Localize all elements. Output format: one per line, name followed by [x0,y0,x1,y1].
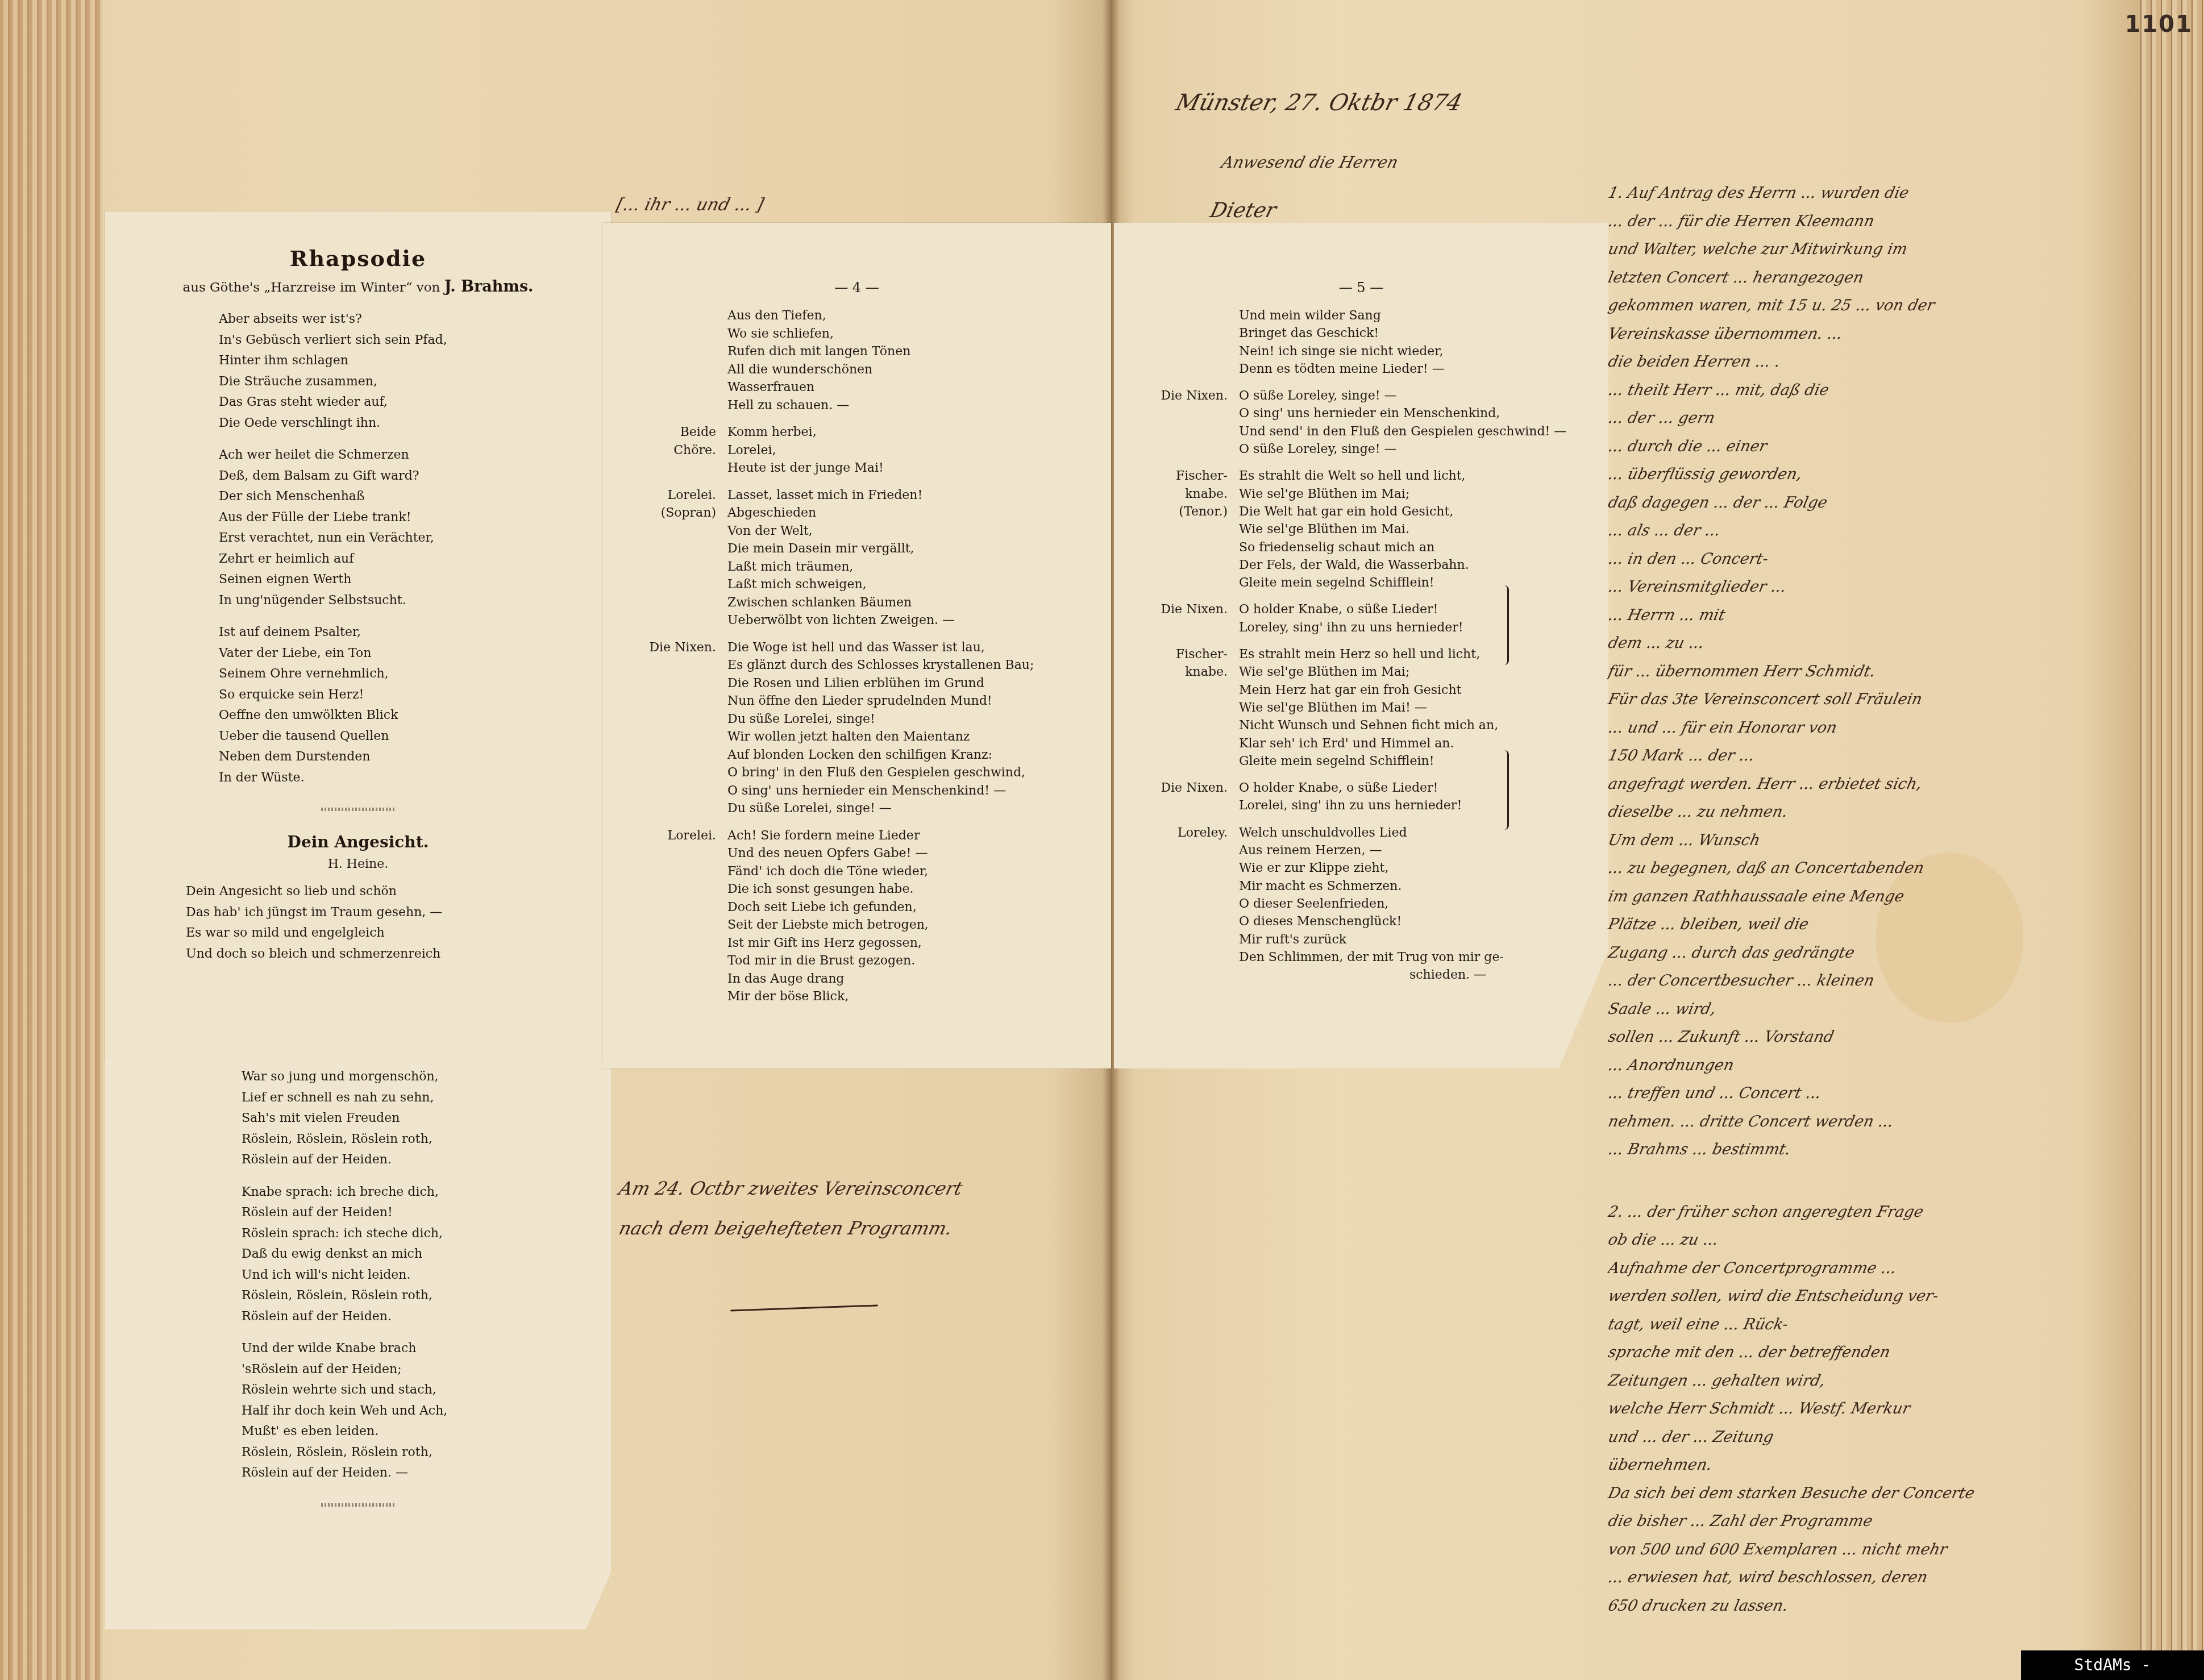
minutes-line: für ... übernommen Herr Schmidt. [1606,658,2140,686]
libretto-line: Zwischen schlanken Bäumen [727,594,955,612]
libretto-line: Gleite mein segelnd Schifflein! [1239,574,1469,592]
libretto-line: Mein Herz hat gar ein froh Gesicht [1239,681,1498,699]
libretto-block: Fischer- knabe. (Tenor.)Es strahlt die W… [1114,467,1608,592]
libretto-line: Von der Welt, [727,522,955,540]
minutes-line: ... als ... der ... [1606,517,2140,545]
minutes-line: Plätze ... bleiben, weil die [1606,910,2140,939]
libretto-line: Es strahlt mein Herz so hell und licht, [1239,646,1498,663]
verse-line: Die Sträuche zusammen, [219,372,611,393]
verse-line: Aus der Fülle der Liebe trank! [219,508,611,529]
verse-line: Röslein wehrte sich und stach, [242,1380,611,1401]
libretto-line: Lorelei, [727,442,884,460]
libretto-line: Die mein Dasein mir vergällt, [727,540,955,558]
libretto-block: Beide Chöre.Komm herbei,Lorelei,Heute is… [602,423,1111,477]
libretto-line: Abgeschieden [727,504,955,522]
verse-line: Hinter ihm schlagen [219,351,611,372]
minutes-line: ... Anordnungen [1606,1051,2140,1080]
libretto-line: Bringet das Geschick! [1239,325,1445,342]
verse-line: Mußt' es eben leiden. [242,1421,611,1442]
verse-line: Das Gras steht wieder auf, [219,392,611,413]
libretto-line: Komm herbei, [727,423,884,442]
minutes-line: Für das 3te Vereinsconcert soll Fräulein [1606,685,2140,714]
handwritten-fragment: [... ihr ... und ... ] [612,188,767,223]
verse-line: Und ich will's nicht leiden. [242,1265,611,1286]
libretto-block: Die Nixen.O holder Knabe, o süße Lieder!… [1114,601,1608,637]
minutes-line: sollen ... Zukunft ... Vorstand [1606,1023,2140,1051]
minutes-line: 650 drucken zu lassen. [1606,1592,2140,1620]
speaker-label: Die Nixen. [602,639,727,818]
libretto-line: Der Fels, der Wald, die Wasserbahn. [1239,556,1469,574]
libretto-line: Mir ruft's zurück [1239,931,1504,949]
libretto-line: Denn es tödten meine Lieder! — [1239,360,1445,378]
speaker-label [1114,307,1239,378]
libretto-line: O dieses Menschenglück! [1239,913,1504,930]
verse-line: Oeffne den umwölkten Blick [219,705,611,726]
verse-line: Röslein auf der Heiden. [242,1150,611,1171]
minutes-line: Zeitungen ... gehalten wird, [1606,1367,2140,1395]
minutes-line: ... Vereinsmitglieder ... [1606,573,2140,601]
libretto-line: Klar seh' ich Erd' und Himmel an. [1239,735,1498,752]
program-page-5: — 5 — Und mein wilder SangBringet das Ge… [1114,223,1608,1068]
heine-verses: Dein Angesicht so lieb und schönDas hab'… [186,881,611,964]
meeting-date: Münster, 27. Oktbr 1874 [1172,85,1466,120]
libretto-line: Hell zu schauen. — [727,397,910,415]
verse-line: Dein Angesicht so lieb und schön [186,881,611,903]
libretto-line: All die wunderschönen [727,361,910,379]
rhapsodie-title: Rhapsodie [105,246,611,271]
libretto-line: Wie sel'ge Blüthen im Mai; [1239,663,1498,681]
final-line: schieden. — [1409,966,1608,984]
verse-line: Das hab' ich jüngst im Traum gesehn, — [186,903,611,924]
minutes-line: gekommen waren, mit 15 u. 25 ... von der [1606,292,2140,320]
libretto-line: Wie er zur Klippe zieht, [1239,859,1504,877]
minutes-line: dem ... zu ... [1606,629,2140,658]
speaker-label: Fischer- knabe. (Tenor.) [1114,467,1239,592]
subtitle-prefix: aus Göthe's „Harzreise im Winter“ von [182,280,440,295]
libretto-line: Die ich sonst gesungen habe. [727,880,929,899]
page-number: — 5 — [1114,280,1608,296]
verse-line: Röslein auf der Heiden. — [242,1463,611,1484]
shelfmark: 1101 [2125,11,2193,38]
verse-line: Erst verachtet, nun ein Verächter, [219,528,611,549]
verse-line: Lief er schnell es nah zu sehn, [242,1088,611,1109]
verse-line: Zehrt er heimlich auf [219,549,611,570]
minutes-line: sprache mit den ... der betreffenden [1606,1338,2140,1367]
verse-line: Röslein, Röslein, Röslein roth, [242,1442,611,1463]
minutes-line: die beiden Herren ... . [1606,348,2140,376]
left-page-edges [0,0,102,1680]
ornament-divider [321,808,395,811]
page5-libretto: Und mein wilder SangBringet das Geschick… [1114,307,1608,966]
verse-line: 'sRöslein auf der Heiden; [242,1359,611,1380]
speaker-label: Die Nixen. [1114,601,1239,637]
libretto-line: O holder Knabe, o süße Lieder! [1239,779,1462,797]
verse-line: So erquicke sein Herz! [219,685,611,706]
verse-line: Half ihr doch kein Weh und Ach, [242,1401,611,1422]
libretto-lines: Und mein wilder SangBringet das Geschick… [1239,307,1445,378]
verse-line: Ach wer heilet die Schmerzen [219,445,611,466]
minutes-line: von 500 und 600 Exemplaren ... nicht meh… [1606,1536,2140,1564]
libretto-lines: O süße Loreley, singe! —O sing' uns hern… [1239,387,1566,458]
minutes-line: dieselbe ... zu nehmen. [1606,798,2140,826]
libretto-line: Wie sel'ge Blüthen im Mai! — [1239,699,1498,717]
verse-line: Ist auf deinem Psalter, [219,622,611,643]
libretto-line: Und send' in den Fluß den Gespielen gesc… [1239,423,1566,440]
libretto-line: Mir der böse Blick, [727,988,929,1006]
libretto-line: Auf blonden Locken den schilfigen Kranz: [727,746,1034,764]
composer-name: J. Brahms. [444,278,534,296]
concert-note-line-1: Am 24. Octbr zweites Vereinsconcert [615,1171,966,1206]
minutes-line: ... überflüssig geworden, [1606,460,2140,489]
minutes-line: ... erwiesen hat, wird beschlossen, dere… [1606,1563,2140,1592]
brace [1500,585,1509,665]
speaker-label: Lorelei. [602,827,727,1006]
verse-line: Vater der Liebe, ein Ton [219,643,611,664]
concert-note-line-2: nach dem beigehefteten Programm. [615,1211,956,1246]
verse-line: Aber abseits wer ist's? [219,309,611,330]
speaker-label [602,307,727,414]
libretto-line: Rufen dich mit langen Tönen [727,343,910,361]
minutes-line: ob die ... zu ... [1606,1226,2140,1254]
libretto-line: Loreley, sing' ihn zu uns hernieder! [1239,619,1463,637]
libretto-line: Heute ist der junge Mai! [727,459,884,477]
libretto-block: Loreley.Welch unschuldvolles LiedAus rei… [1114,824,1608,966]
libretto-line: Wie sel'ge Blüthen im Mai; [1239,485,1469,503]
heidenroeslein-sheet: War so jung und morgenschön,Lief er schn… [105,1061,611,1629]
verse-line: Sah's mit vielen Freuden [242,1108,611,1129]
minutes-line: werden sollen, wird die Entscheidung ver… [1606,1282,2140,1311]
libretto-block: Lorelei. (Sopran)Lasset, lasset mich in … [602,486,1111,630]
libretto-line: Ueberwölbt von lichten Zweigen. — [727,612,955,630]
attendee-name: Dieter [1206,193,1280,228]
libretto-line: Nicht Wunsch und Sehnen ficht mich an, [1239,717,1498,734]
minutes-line: im ganzen Rathhaussaale eine Menge [1606,883,2140,911]
libretto-line: Die Woge ist hell und das Wasser ist lau… [727,639,1034,657]
speaker-label: Loreley. [1114,824,1239,966]
libretto-block: Aus den Tiefen,Wo sie schliefen,Rufen di… [602,307,1111,414]
minutes-line: ... zu begegnen, daß an Concertabenden [1606,854,2140,883]
libretto-line: Nein! ich singe sie nicht wieder, [1239,343,1445,360]
libretto-line: Doch seit Liebe ich gefunden, [727,899,929,917]
minutes-line: ... durch die ... einer [1606,433,2140,461]
book-spread: 1101 Rhapsodie aus Göthe's „Harzreise im… [0,0,2204,1680]
libretto-lines: O holder Knabe, o süße Lieder!Lorelei, s… [1239,779,1462,815]
verse-line: Es war so mild und engelgleich [186,923,611,944]
meeting-minutes: 1. Auf Antrag des Herrn ... wurden die..… [1608,179,2137,1620]
heidenroeslein-verses: War so jung und morgenschön,Lief er schn… [242,1067,611,1484]
stanza: Knabe sprach: ich breche dich,Röslein au… [242,1182,611,1328]
stanza: War so jung und morgenschön,Lief er schn… [242,1067,611,1171]
minutes-line: angefragt werden. Herr ... erbietet sich… [1606,770,2140,799]
verse-line: Röslein sprach: ich steche dich, [242,1224,611,1245]
minutes-line: und ... der ... Zeitung [1606,1423,2140,1452]
minutes-line: ... der ... für die Herren Kleemann [1606,207,2140,236]
libretto-lines: Ach! Sie fordern meine LiederUnd des neu… [727,827,929,1006]
rhapsodie-sheet: Rhapsodie aus Göthe's „Harzreise im Wint… [105,211,611,1061]
verse-line: In ung'nügender Selbstsucht. [219,591,611,612]
libretto-line: Wir wollen jetzt halten den Maientanz [727,728,1034,746]
libretto-lines: O holder Knabe, o süße Lieder!Loreley, s… [1239,601,1463,637]
minutes-line: ... theilt Herr ... mit, daß die [1606,376,2140,405]
poem-title: Dein Angesicht. [105,833,611,851]
libretto-line: Du süße Lorelei, singe! [727,710,1034,729]
libretto-line: Nun öffne den Lieder sprudelnden Mund! [727,692,1034,710]
verse-line: In's Gebüsch verliert sich sein Pfad, [219,330,611,351]
minutes-line: letzten Concert ... herangezogen [1606,264,2140,292]
minutes-line: ... und ... für ein Honorar von [1606,714,2140,742]
verse-line: Knabe sprach: ich breche dich, [242,1182,611,1203]
verse-line: Röslein, Röslein, Röslein roth, [242,1129,611,1150]
libretto-line: Wo sie schliefen, [727,325,910,343]
speaker-label: Die Nixen. [1114,779,1239,815]
libretto-line: Den Schlimmen, der mit Trug von mir ge- [1239,949,1504,966]
libretto-line: O dieser Seelenfrieden, [1239,895,1504,913]
libretto-line: Die Welt hat gar ein hold Gesicht, [1239,503,1469,521]
libretto-block: Die Nixen.O süße Loreley, singe! —O sing… [1114,387,1608,458]
minutes-line: Da sich bei dem starken Besuche der Conc… [1606,1479,2140,1508]
libretto-line: Aus reinem Herzen, — [1239,842,1504,859]
minutes-line: Zugang ... durch das gedrängte [1606,939,2140,967]
libretto-line: Gleite mein segelnd Schifflein! [1239,752,1498,770]
minutes-line: die bisher ... Zahl der Programme [1606,1507,2140,1536]
verse-line: Röslein auf der Heiden. [242,1307,611,1328]
verse-line: Neben dem Durstenden [219,747,611,768]
minutes-line: übernehmen. [1606,1451,2140,1479]
libretto-line: Lorelei, sing' ihn zu uns hernieder! [1239,797,1462,814]
libretto-line: Und des neuen Opfers Gabe! — [727,845,929,863]
libretto-line: O bring' in den Fluß den Gespielen gesch… [727,764,1034,782]
libretto-line: Ist mir Gift ins Herz gegossen, [727,934,929,953]
libretto-line: Wasserfrauen [727,379,910,397]
libretto-line: Laßt mich träumen, [727,558,955,576]
speaker-label: Lorelei. (Sopran) [602,486,727,630]
minutes-line: 2. ... der früher schon angeregten Frage [1606,1198,2140,1226]
minutes-line: welche Herr Schmidt ... Westf. Merkur [1606,1395,2140,1423]
verse-line: War so jung und morgenschön, [242,1067,611,1088]
page4-libretto: Aus den Tiefen,Wo sie schliefen,Rufen di… [602,307,1111,1006]
libretto-lines: Es strahlt die Welt so hell und licht,Wi… [1239,467,1469,592]
speaker-label: Fischer- knabe. [1114,646,1239,770]
libretto-line: Aus den Tiefen, [727,307,910,325]
minutes-line: Saale ... wird, [1606,995,2140,1024]
libretto-block: Die Nixen.O holder Knabe, o süße Lieder!… [1114,779,1608,815]
verse-line: Röslein, Röslein, Röslein roth, [242,1286,611,1307]
stanza: Und der wilde Knabe brach'sRöslein auf d… [242,1338,611,1484]
libretto-lines: Es strahlt mein Herz so hell und licht,W… [1239,646,1498,770]
minutes-line: tagt, weil eine ... Rück- [1606,1311,2140,1339]
libretto-line: Mir macht es Schmerzen. [1239,878,1504,895]
libretto-lines: Komm herbei,Lorelei,Heute ist der junge … [727,423,884,477]
attendance-label: Anwesend die Herren [1217,145,1402,180]
minutes-line: nehmen. ... dritte Concert werden ... [1606,1108,2140,1136]
rhapsodie-verses: Aber abseits wer ist's?In's Gebüsch verl… [219,309,611,788]
right-page-edges [2136,0,2204,1680]
verse-line: Der sich Menschenhaß [219,486,611,508]
libretto-lines: Die Woge ist hell und das Wasser ist lau… [727,639,1034,818]
libretto-line: Welch unschuldvolles Lied [1239,824,1504,842]
stanza: Ach wer heilet die SchmerzenDeß, dem Bal… [219,445,611,611]
libretto-line: Es strahlt die Welt so hell und licht, [1239,467,1469,485]
libretto-line: Wie sel'ge Blüthen im Mai. [1239,521,1469,538]
libretto-lines: Lasset, lasset mich in Frieden!Abgeschie… [727,486,955,630]
libretto-line: Tod mir in die Brust gezogen. [727,952,929,970]
stanza: Aber abseits wer ist's?In's Gebüsch verl… [219,309,611,434]
libretto-line: In das Auge drang [727,970,929,988]
libretto-line: O sing' uns hernieder ein Menschenkind, [1239,405,1566,422]
minutes-line: Um dem ... Wunsch [1606,826,2140,855]
speaker-label: Beide Chöre. [602,423,727,477]
verse-line: In der Wüste. [219,768,611,789]
libretto-block: Die Nixen.Die Woge ist hell und das Wass… [602,639,1111,818]
minutes-line: 1. Auf Antrag des Herrn ... wurden die [1606,179,2140,207]
libretto-block: Fischer- knabe.Es strahlt mein Herz so h… [1114,646,1608,770]
minutes-line: ... Herrn ... mit [1606,601,2140,630]
libretto-line: Die Rosen und Lilien erblühen im Grund [727,675,1034,693]
minutes-line: ... der Concertbesucher ... kleinen [1606,967,2140,995]
libretto-line: Du süße Lorelei, singe! — [727,800,1034,818]
libretto-line: Es glänzt durch des Schlosses krystallen… [727,656,1034,675]
minutes-line: ... der ... gern [1606,404,2140,433]
ornament-divider [321,1503,395,1507]
verse-line: Und doch so bleich und schmerzenreich [186,944,611,965]
archive-label: StdAMs - MV_002a_236 [2021,1650,2204,1680]
minutes-line: daß dagegen ... der ... Folge [1606,489,2140,517]
libretto-line: Seit der Liebste mich betrogen, [727,916,929,934]
minutes-line: ... Brahms ... bestimmt. [1606,1136,2140,1164]
poem-author: H. Heine. [105,857,611,871]
verse-line: Deß, dem Balsam zu Gift ward? [219,466,611,487]
brace [1500,750,1509,830]
minutes-line: und Walter, welche zur Mitwirkung im [1606,235,2140,264]
libretto-block: Und mein wilder SangBringet das Geschick… [1114,307,1608,378]
libretto-lines: Aus den Tiefen,Wo sie schliefen,Rufen di… [727,307,910,414]
verse-line: Die Oede verschlingt ihn. [219,413,611,434]
page-number: — 4 — [602,280,1111,296]
libretto-line: Und mein wilder Sang [1239,307,1445,325]
libretto-line: O süße Loreley, singe! — [1239,440,1566,458]
verse-line: Röslein auf der Heiden! [242,1203,611,1224]
libretto-line: So friedenselig schaut mich an [1239,539,1469,556]
libretto-line: Laßt mich schweigen, [727,576,955,594]
libretto-line: Ach! Sie fordern meine Lieder [727,827,929,845]
minutes-line: Aufnahme der Concertprogramme ... [1606,1254,2140,1283]
libretto-line: O holder Knabe, o süße Lieder! [1239,601,1463,618]
libretto-line: Fänd' ich doch die Töne wieder, [727,863,929,881]
libretto-block: Lorelei.Ach! Sie fordern meine LiederUnd… [602,827,1111,1006]
rhapsodie-subtitle: aus Göthe's „Harzreise im Winter“ von J.… [105,278,611,296]
libretto-line: O süße Loreley, singe! — [1239,387,1566,405]
minutes-line: Vereinskasse übernommen. ... [1606,320,2140,348]
verse-line: Seinem Ohre vernehmlich, [219,664,611,685]
verse-line: Daß du ewig denkst an mich [242,1244,611,1265]
minutes-line: ... treffen und ... Concert ... [1606,1079,2140,1108]
verse-line: Und der wilde Knabe brach [242,1338,611,1359]
minutes-line: 150 Mark ... der ... [1606,742,2140,770]
verse-line: Seinen eignen Werth [219,569,611,591]
program-page-4: — 4 — Aus den Tiefen,Wo sie schliefen,Ru… [602,223,1111,1068]
libretto-line: O sing' uns hernieder ein Menschenkind! … [727,782,1034,800]
libretto-line: Lasset, lasset mich in Frieden! [727,486,955,505]
stanza: Ist auf deinem Psalter,Vater der Liebe, … [219,622,611,788]
speaker-label: Die Nixen. [1114,387,1239,458]
minutes-line: ... in den ... Concert- [1606,545,2140,573]
libretto-lines: Welch unschuldvolles LiedAus reinem Herz… [1239,824,1504,966]
verse-line: Ueber die tausend Quellen [219,726,611,747]
